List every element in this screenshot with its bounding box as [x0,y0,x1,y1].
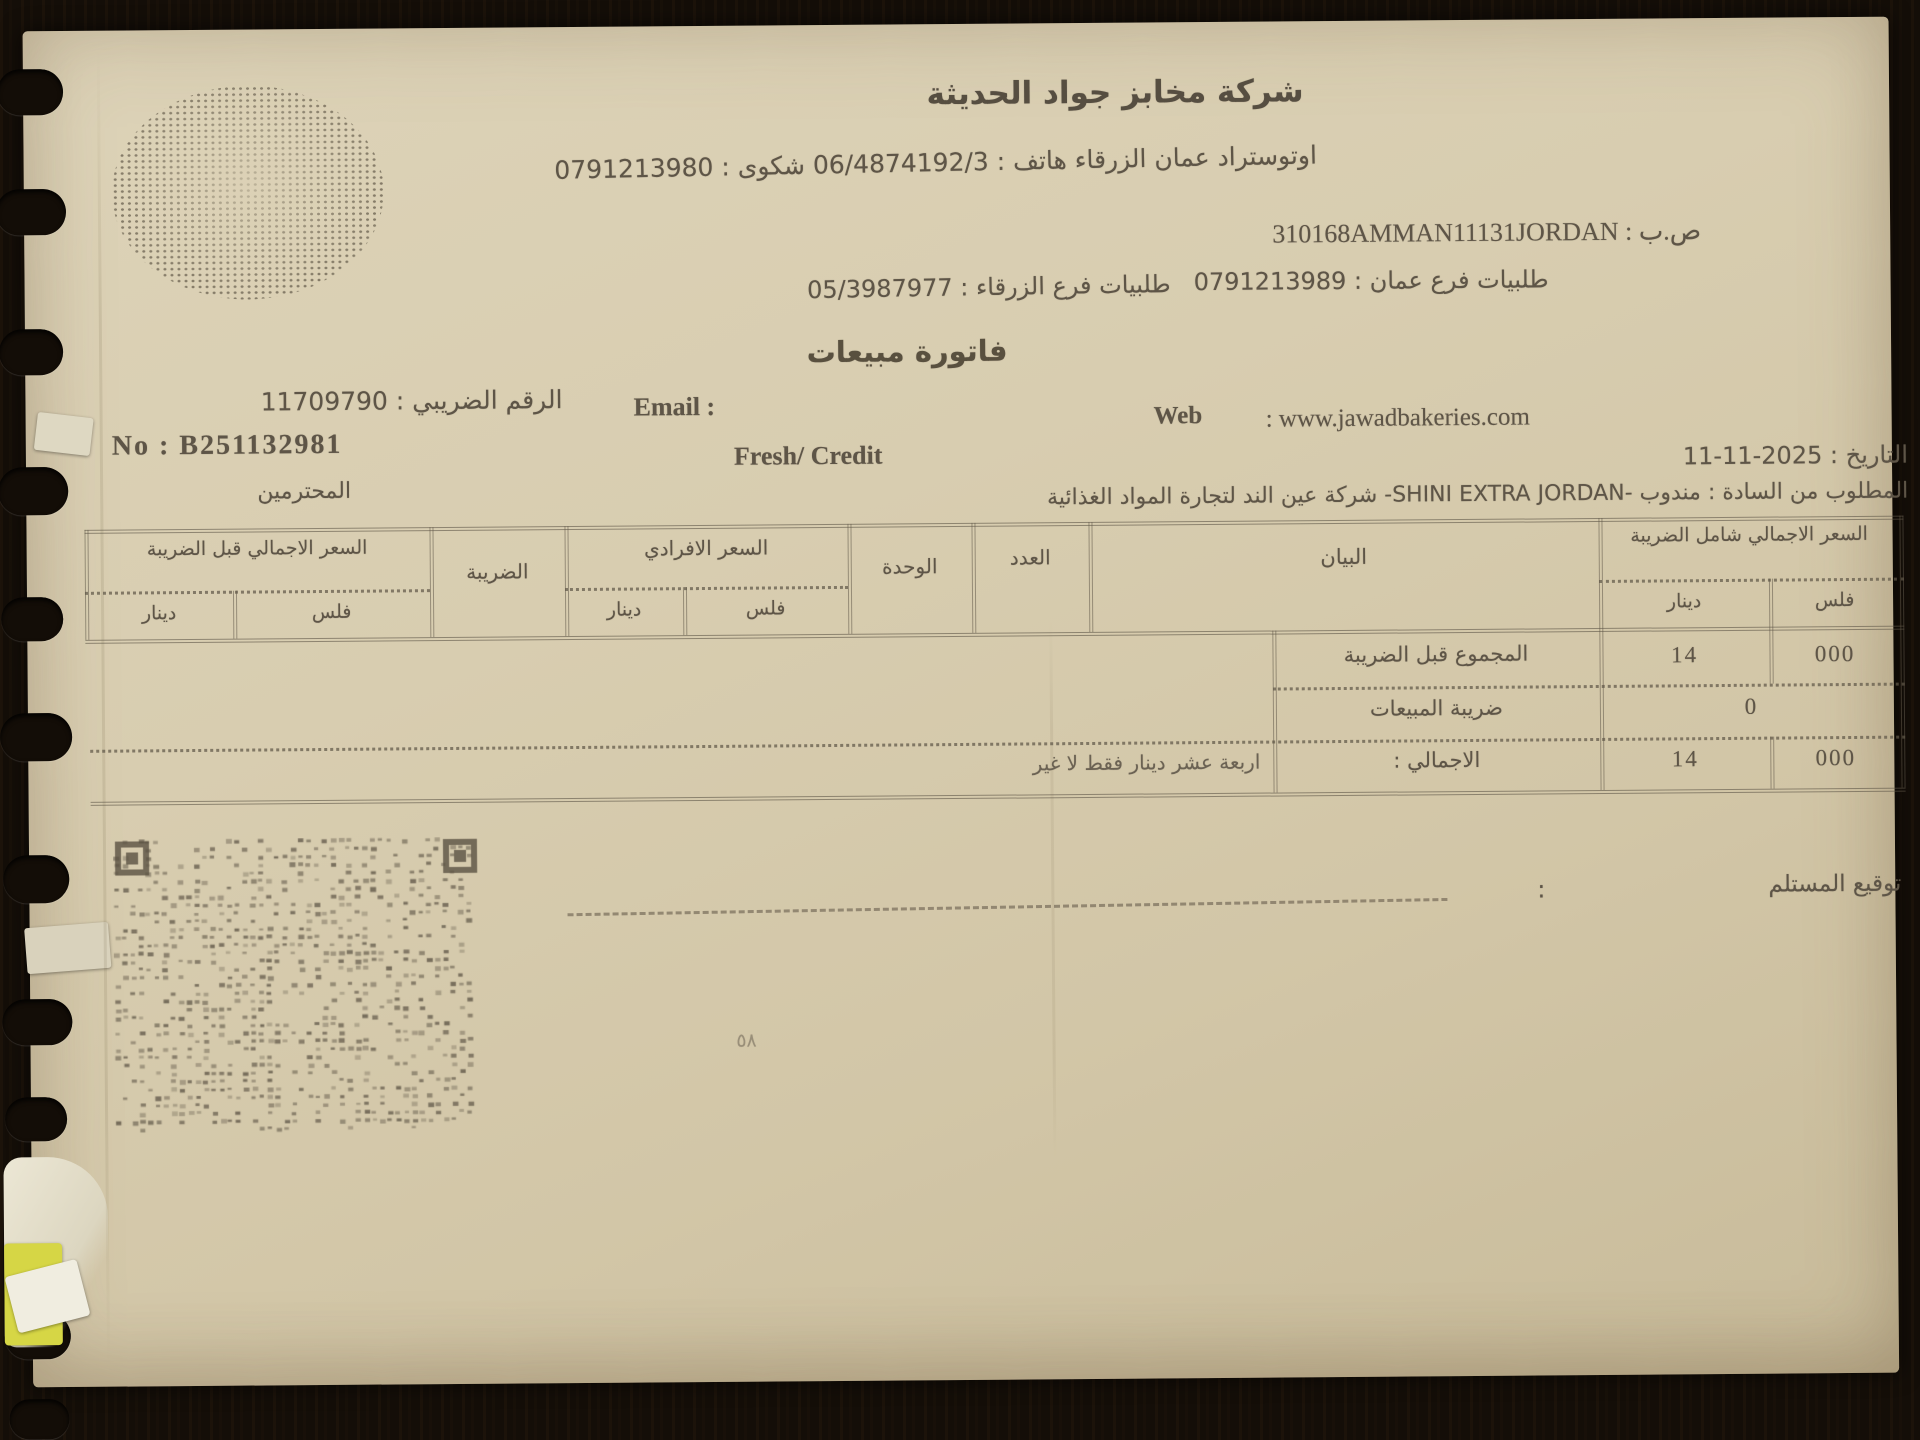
company-name: شركة مخابز جواد الحديثة [855,73,1375,113]
payment-type: Fresh/ Credit [734,441,883,472]
col-header-total-before-tax: السعر الاجمالي قبل الضريبة [85,536,430,561]
col-header-unit-price: السعر الافرادي [565,535,848,561]
orders-amman-line: طلبيات فرع عمان : 0791213989 [1176,265,1548,296]
binding-hole [3,855,69,904]
col-header-description: البيان [1089,543,1599,571]
total-before-tax-dinar: 14 [1599,642,1769,669]
binding-hole [9,1399,69,1439]
tax-number-line: الرقم الضريبي : 11709790 [177,385,562,417]
binding-hole [1,597,63,641]
sales-tax-label: ضريبة المبيعات [1278,695,1595,721]
table-line [1088,522,1093,632]
invoice-title: فاتورة مبيعات [792,334,1022,370]
paper-tab [24,922,111,974]
pobox-line: ص.ب : 310168AMMAN11131JORDAN [1156,216,1701,250]
invoice-number-line: No : B251132981 [112,429,343,463]
qr-code-stamp-icon [113,837,481,1140]
binding-hole [0,189,66,236]
web-label: Web [1154,402,1203,430]
email-label: Email : [633,392,715,423]
subcol-fils: فلس [1769,589,1900,612]
binding-hole [0,467,68,516]
invoice-photo: شركة مخابز جواد الحديثة اوتوستراد عمان ا… [0,0,1920,1440]
col-header-total-with-tax: السعر الاجمالي شامل الضريبة [1598,523,1899,547]
subcol-dinar: دينار [1599,590,1769,613]
amount-in-words: اربعة عشر دينار فقط لا غير [700,750,1260,778]
col-header-unit: الوحدة [848,554,972,579]
signature-label: توقيع المستلم [1701,871,1901,899]
subcol-fils: فلس [233,600,430,624]
binding-hole [2,999,72,1046]
total-before-tax-fils: 000 [1769,641,1900,668]
total-before-tax-label: المجموع قبل الضريبة [1277,641,1594,667]
subcol-dinar: دينار [85,602,233,625]
binding-hole [0,329,63,376]
page-mark: ٥٨ [716,1029,776,1051]
paper-tab [34,412,94,456]
subcol-fils: فلس [683,597,848,620]
grand-total-fils: 000 [1770,745,1901,772]
binding-hole [5,1097,67,1141]
binding-hole [0,69,63,116]
signature-colon: : [1537,875,1545,903]
col-header-tax: الضريبة [430,559,565,584]
table-line [971,523,976,633]
grand-total-dinar: 14 [1600,746,1770,773]
company-logo-stamp-icon [111,85,385,301]
respected-label: المحترمين [246,479,362,505]
grand-total-label: الاجمالي : [1278,747,1595,773]
sales-tax-value: 0 [1600,693,1901,721]
web-value: : www.jawadbakeries.com [1266,404,1530,434]
binding-hole [0,713,72,762]
date-line: التاريخ : 2025-11-11 [1608,441,1908,471]
col-header-qty: العدد [972,545,1089,570]
subcol-dinar: دينار [565,598,683,621]
